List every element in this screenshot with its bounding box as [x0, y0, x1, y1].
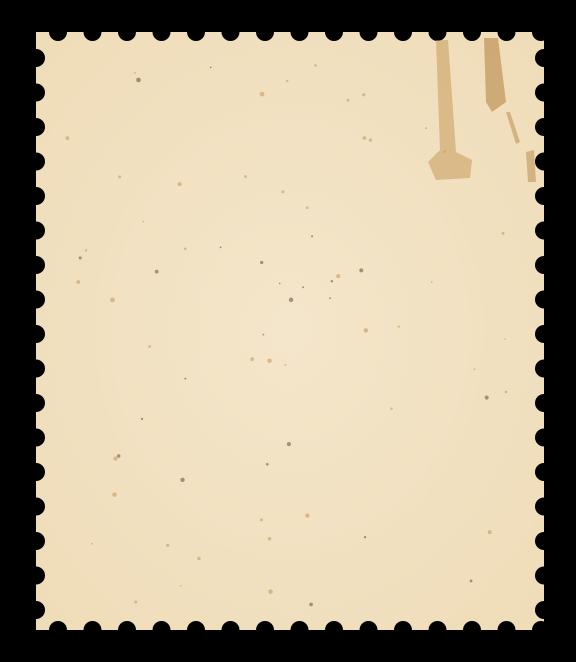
stamp-back	[36, 32, 544, 630]
stamp-paper	[36, 32, 544, 630]
paper-surface	[36, 32, 544, 630]
